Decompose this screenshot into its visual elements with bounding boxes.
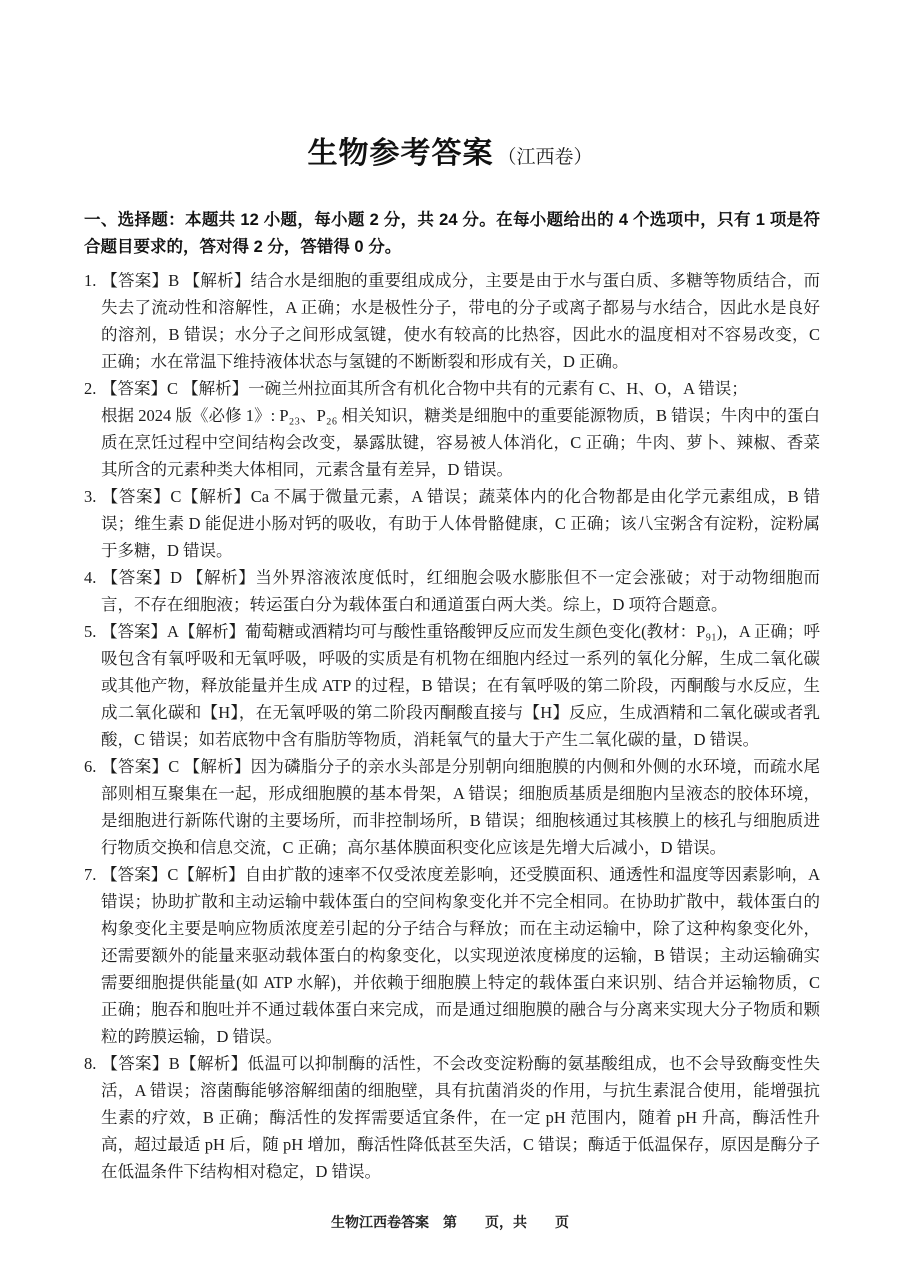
title-subtitle: （江西卷） [497,147,592,168]
answer-item-8: 8.【答案】B【解析】低温可以抑制酶的活性，不会改变淀粉酶的氨基酸组成，也不会导… [84,1050,820,1185]
answer-content: 一、选择题：本题共 12 小题，每小题 2 分，共 24 分。在每小题给出的 4… [84,207,820,1185]
answer-text: 【答案】C 【解析】因为磷脂分子的亲水头部是分别朝向细胞膜的内侧和外侧的水环境，… [101,757,820,857]
answer-text: 【答案】C 【解析】一碗兰州拉面其所含有机化合物中共有的元素有 C、H、O，A … [101,379,820,479]
answer-item-1: 1.【答案】B 【解析】结合水是细胞的重要组成成分，主要是由于水与蛋白质、多糖等… [84,267,820,375]
answer-number: 6. [84,753,101,780]
answer-number: 7. [84,861,101,888]
answer-item-3: 3.【答案】C【解析】Ca 不属于微量元素，A 错误；蔬菜体内的化合物都是由化学… [84,483,820,564]
answer-number: 4. [84,564,101,591]
title-main: 生物参考答案 [307,137,493,170]
answer-number: 3. [84,483,101,510]
answer-number: 5. [84,618,101,645]
document-page: 生物参考答案（江西卷） 一、选择题：本题共 12 小题，每小题 2 分，共 24… [0,0,900,1272]
answer-text: 【答案】B 【解析】结合水是细胞的重要组成成分，主要是由于水与蛋白质、多糖等物质… [101,271,824,371]
answer-number: 8. [84,1050,101,1077]
answer-text: 【答案】C【解析】Ca 不属于微量元素，A 错误；蔬菜体内的化合物都是由化学元素… [101,487,820,560]
answer-number: 2. [84,375,101,402]
section-heading: 一、选择题：本题共 12 小题，每小题 2 分，共 24 分。在每小题给出的 4… [84,207,820,261]
answer-text: 【答案】D 【解析】当外界溶液浓度低时，红细胞会吸水膨胀但不一定会涨破；对于动物… [101,568,820,614]
answer-item-5: 5.【答案】A【解析】葡萄糖或酒精均可与酸性重铬酸钾反应而发生颜色变化(教材：P… [84,618,820,753]
page-footer: 生物江西卷答案 第 页，共 页 [0,1212,900,1232]
answer-number: 1. [84,267,101,294]
answer-text: 【答案】A【解析】葡萄糖或酒精均可与酸性重铬酸钾反应而发生颜色变化(教材：P₉₁… [101,622,820,749]
answer-item-4: 4.【答案】D 【解析】当外界溶液浓度低时，红细胞会吸水膨胀但不一定会涨破；对于… [84,564,820,618]
answer-item-6: 6.【答案】C 【解析】因为磷脂分子的亲水头部是分别朝向细胞膜的内侧和外侧的水环… [84,753,820,861]
answer-text: 【答案】C【解析】自由扩散的速率不仅受浓度差影响，还受膜面积、通透性和温度等因素… [101,865,824,1046]
answer-list: 1.【答案】B 【解析】结合水是细胞的重要组成成分，主要是由于水与蛋白质、多糖等… [84,267,820,1185]
page-title: 生物参考答案（江西卷） [0,128,900,172]
answer-item-2: 2.【答案】C 【解析】一碗兰州拉面其所含有机化合物中共有的元素有 C、H、O，… [84,375,820,483]
answer-item-7: 7.【答案】C【解析】自由扩散的速率不仅受浓度差影响，还受膜面积、通透性和温度等… [84,861,820,1050]
answer-text: 【答案】B【解析】低温可以抑制酶的活性，不会改变淀粉酶的氨基酸组成，也不会导致酶… [101,1054,820,1181]
